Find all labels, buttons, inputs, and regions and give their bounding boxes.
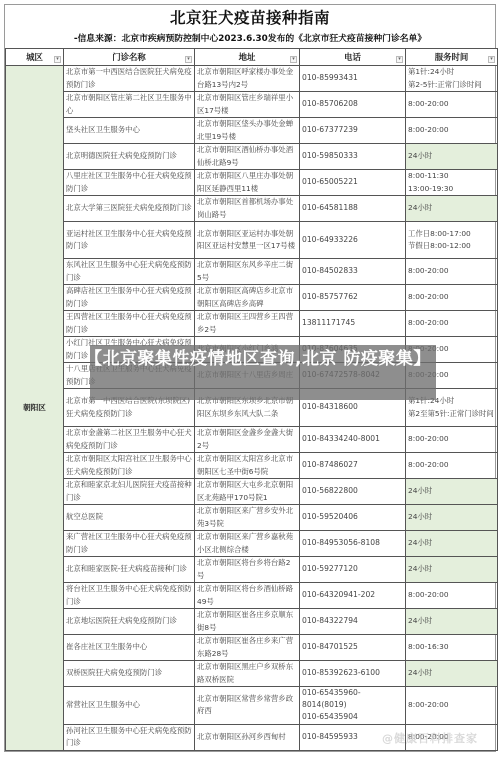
hours-cell: 8:00-20:00 [406, 687, 498, 725]
hours-cell: 24小时 [406, 505, 498, 531]
phone-cell: 010-64581188 [300, 196, 406, 222]
table-row: 北京地坛医院狂犬病免疫预防门诊北京市朝阳区崔各庄乡京顺东街8号010-84322… [6, 609, 498, 635]
clinic-name-cell: 王四营社区卫生服务中心狂犬病免疫预防门诊 [64, 311, 195, 337]
address-cell: 北京市朝阳区太阳宫乡北京市朝阳区七圣中街6号院 [195, 453, 300, 479]
table-row: 北京和睦家京北妇儿医院狂犬疫苗接种门诊北京市朝阳区大屯乡北京朝阳区北苑路甲170… [6, 479, 498, 505]
phone-cell: 010-67377239 [300, 118, 406, 144]
table-row: 来广营社区卫生服务中心狂犬病免疫预防门诊北京市朝阳区来广营乡嘉秋苑小区北侧综合楼… [6, 531, 498, 557]
table-row: 北京市金盏第二社区卫生服务中心狂犬病免疫预防门诊北京市朝阳区金盏乡金盏大街2号0… [6, 427, 498, 453]
hours-cell: 8:00-20:00 [406, 118, 498, 144]
table-header-row: 城区▾ 门诊名称▾ 地址▾ 电话▾ 服务时间▾ [6, 49, 498, 66]
address-cell: 北京市朝阳区东风乡辛庄二街5号 [195, 259, 300, 285]
phone-cell: 010-84334240-8001 [300, 427, 406, 453]
phone-cell: 010-64320941-202 [300, 583, 406, 609]
watermark: @健康百科排查家 [382, 730, 478, 746]
address-cell: 北京市朝阳区孙河乡西甸村 [195, 724, 300, 750]
phone-cell: 010-65005221 [300, 170, 406, 196]
hours-cell: 24小时 [406, 661, 498, 687]
source-subtitle: -信息来源：北京市疾病预防控制中心2023.6.30发布的《北京市狂犬疫苗接种门… [5, 31, 495, 48]
hours-cell: 8:00-20:00 [406, 92, 498, 118]
clinic-name-cell: 北京市第一中西医结合医院狂犬病免疫预防门诊 [64, 66, 195, 92]
phone-cell: 010-85993431 [300, 66, 406, 92]
table-row: 航空总医院北京市朝阳区来广营乡安外北苑3号院010-5952040624小时 [6, 505, 498, 531]
clinic-name-cell: 双桥医院狂犬病免疫预防门诊 [64, 661, 195, 687]
address-cell: 北京市朝阳区崔各庄乡京顺东街8号 [195, 609, 300, 635]
address-cell: 北京市朝阳区将台乡将台路2号 [195, 557, 300, 583]
filter-dropdown-icon[interactable]: ▾ [185, 56, 192, 63]
address-cell: 北京市朝阳区来广营乡安外北苑3号院 [195, 505, 300, 531]
table-row: 北京市朝阳区太阳宫社区卫生服务中心狂犬病免疫预防门诊北京市朝阳区太阳宫乡北京市朝… [6, 453, 498, 479]
address-cell: 北京市朝阳区将台乡酒仙桥路49号 [195, 583, 300, 609]
address-cell: 北京市朝阳区黑庄户乡双桥东路双桥医院 [195, 661, 300, 687]
clinic-name-cell: 北京地坛医院狂犬病免疫预防门诊 [64, 609, 195, 635]
table-row: 东风社区卫生服务中心狂犬病免疫预防门诊北京市朝阳区东风乡辛庄二街5号010-84… [6, 259, 498, 285]
clinic-name-cell: 北京和睦家京北妇儿医院狂犬疫苗接种门诊 [64, 479, 195, 505]
filter-dropdown-icon[interactable]: ▾ [290, 56, 297, 63]
clinic-name-cell: 北京大学第三医院狂犬病免疫预防门诊 [64, 196, 195, 222]
phone-cell: 010-85392623-6100 [300, 661, 406, 687]
address-cell: 北京市朝阳区大屯乡北京朝阳区北苑路甲170号院1 [195, 479, 300, 505]
clinic-name-cell: 八里庄社区卫生服务中心狂犬病免疫预防门诊 [64, 170, 195, 196]
clinic-name-cell: 北京和睦家医院-狂犬病疫苗接种门诊 [64, 557, 195, 583]
table-row: 垡头社区卫生服务中心北京市朝阳区垡头办事处金蝉北里19号楼010-6737723… [6, 118, 498, 144]
phone-cell: 010-87486027 [300, 453, 406, 479]
address-cell: 北京市朝阳区垡头办事处金蝉北里19号楼 [195, 118, 300, 144]
clinic-name-cell: 将台社区卫生服务中心狂犬病免疫预防门诊 [64, 583, 195, 609]
clinic-name-cell: 北京市朝阳区管庄第二社区卫生服务中心 [64, 92, 195, 118]
phone-cell: 010-64933226 [300, 222, 406, 259]
address-cell: 北京市朝阳区亚运村办事处朝阳区亚运村安慧里一区17号楼 [195, 222, 300, 259]
filter-dropdown-icon[interactable]: ▾ [396, 56, 403, 63]
phone-cell: 010-59277120 [300, 557, 406, 583]
clinic-name-cell: 亚运村社区卫生服务中心狂犬病免疫预防门诊 [64, 222, 195, 259]
phone-cell: 010-85757762 [300, 285, 406, 311]
hours-cell: 24小时 [406, 196, 498, 222]
table-row: 常营社区卫生服务中心北京市朝阳区常营乡常营乡政府西010-65435960-80… [6, 687, 498, 725]
header-address: 地址▾ [195, 49, 300, 66]
district-cell: 朝阳区 [6, 66, 64, 751]
clinic-name-cell: 北京明德医院狂犬病免疫预防门诊 [64, 144, 195, 170]
address-cell: 北京市朝阳区王四营乡王四营乡2号 [195, 311, 300, 337]
phone-cell: 010-84322794 [300, 609, 406, 635]
filter-dropdown-icon[interactable]: ▾ [488, 56, 495, 63]
address-cell: 北京市朝阳区管庄乡瑞祥里小区17号楼 [195, 92, 300, 118]
hours-cell: 8:00-20:00 [406, 285, 498, 311]
clinic-name-cell: 东风社区卫生服务中心狂犬病免疫预防门诊 [64, 259, 195, 285]
phone-cell: 010-84953056-8108 [300, 531, 406, 557]
hours-cell: 8:00-20:00 [406, 311, 498, 337]
phone-cell: 010-65435960-8014(8019) 010-65435904 [300, 687, 406, 725]
hours-cell: 工作日8:00-17:00 节假日8:00-12:00 [406, 222, 498, 259]
clinic-name-cell: 垡头社区卫生服务中心 [64, 118, 195, 144]
hours-cell: 8:00-20:00 [406, 259, 498, 285]
clinic-name-cell: 北京市金盏第二社区卫生服务中心狂犬病免疫预防门诊 [64, 427, 195, 453]
table-row: 八里庄社区卫生服务中心狂犬病免疫预防门诊北京市朝阳区八里庄办事处朝阳区延静西里1… [6, 170, 498, 196]
address-cell: 北京市朝阳区金盏乡金盏大街2号 [195, 427, 300, 453]
caption-overlay-text: 【北京聚集性疫情地区查询,北京 防疫聚集】 [78, 347, 438, 371]
table-row: 高碑店社区卫生服务中心狂犬病免疫预防门诊北京市朝阳区高碑店乡北京市朝阳区高碑店乡… [6, 285, 498, 311]
clinic-name-cell: 北京市朝阳区太阳宫社区卫生服务中心狂犬病免疫预防门诊 [64, 453, 195, 479]
hours-cell: 8:00-20:00 [406, 453, 498, 479]
clinic-name-cell: 常营社区卫生服务中心 [64, 687, 195, 725]
address-cell: 北京市朝阳区八里庄办事处朝阳区延静西里11楼 [195, 170, 300, 196]
table-row: 崔各庄社区卫生服务中心北京市朝阳区崔各庄乡来广营东路28号010-8470152… [6, 635, 498, 661]
table-row: 朝阳区北京市第一中西医结合医院狂犬病免疫预防门诊北京市朝阳区呼家楼办事处金台路1… [6, 66, 498, 92]
address-cell: 北京市朝阳区常营乡常营乡政府西 [195, 687, 300, 725]
header-district: 城区▾ [6, 49, 64, 66]
table-row: 王四营社区卫生服务中心狂犬病免疫预防门诊北京市朝阳区王四营乡王四营乡2号1381… [6, 311, 498, 337]
address-cell: 北京市朝阳区呼家楼办事处金台路13号内2号 [195, 66, 300, 92]
phone-cell: 010-56822800 [300, 479, 406, 505]
clinic-name-cell: 航空总医院 [64, 505, 195, 531]
phone-cell: 010-84701525 [300, 635, 406, 661]
table-row: 亚运村社区卫生服务中心狂犬病免疫预防门诊北京市朝阳区亚运村办事处朝阳区亚运村安慧… [6, 222, 498, 259]
address-cell: 北京市朝阳区崔各庄乡来广营东路28号 [195, 635, 300, 661]
hours-cell: 8:00-20:00 [406, 583, 498, 609]
table-row: 双桥医院狂犬病免疫预防门诊北京市朝阳区黑庄户乡双桥东路双桥医院010-85392… [6, 661, 498, 687]
hours-cell: 24小时 [406, 531, 498, 557]
header-phone: 电话▾ [300, 49, 406, 66]
clinic-name-cell: 孙河社区卫生服务中心狂犬病免疫预防门诊 [64, 724, 195, 750]
hours-cell: 24小时 [406, 557, 498, 583]
phone-cell: 010-85706208 [300, 92, 406, 118]
table-row: 北京和睦家医院-狂犬病疫苗接种门诊北京市朝阳区将台乡将台路2号010-59277… [6, 557, 498, 583]
filter-dropdown-icon[interactable]: ▾ [54, 56, 61, 63]
table-row: 北京大学第三医院狂犬病免疫预防门诊北京市朝阳区首都机场办事处岗山路号010-64… [6, 196, 498, 222]
phone-cell: 010-84502833 [300, 259, 406, 285]
phone-cell: 13811171745 [300, 311, 406, 337]
phone-cell: 010-59520406 [300, 505, 406, 531]
hours-cell: 8:00-20:00 [406, 427, 498, 453]
phone-cell: 010-59850333 [300, 144, 406, 170]
address-cell: 北京市朝阳区来广营乡嘉秋苑小区北侧综合楼 [195, 531, 300, 557]
table-row: 北京市朝阳区管庄第二社区卫生服务中心北京市朝阳区管庄乡瑞祥里小区17号楼010-… [6, 92, 498, 118]
header-hours: 服务时间▾ [406, 49, 498, 66]
hours-cell: 8:00-16:30 [406, 635, 498, 661]
hours-cell: 24小时 [406, 609, 498, 635]
hours-cell: 8:00-11:30 13:00-19:30 [406, 170, 498, 196]
header-clinic-name: 门诊名称▾ [64, 49, 195, 66]
table-row: 北京明德医院狂犬病免疫预防门诊北京市朝阳区酒仙桥办事处酒仙桥北路9号010-59… [6, 144, 498, 170]
clinic-name-cell: 高碑店社区卫生服务中心狂犬病免疫预防门诊 [64, 285, 195, 311]
clinic-name-cell: 崔各庄社区卫生服务中心 [64, 635, 195, 661]
hours-cell: 第1针:24小时 第2-5针:正常门诊时间 [406, 66, 498, 92]
address-cell: 北京市朝阳区高碑店乡北京市朝阳区高碑店乡高碑 [195, 285, 300, 311]
page-title: 北京狂犬疫苗接种指南 [5, 5, 495, 31]
table-row: 将台社区卫生服务中心狂犬病免疫预防门诊北京市朝阳区将台乡酒仙桥路49号010-6… [6, 583, 498, 609]
hours-cell: 24小时 [406, 144, 498, 170]
clinic-name-cell: 来广营社区卫生服务中心狂犬病免疫预防门诊 [64, 531, 195, 557]
address-cell: 北京市朝阳区酒仙桥办事处酒仙桥北路9号 [195, 144, 300, 170]
address-cell: 北京市朝阳区首都机场办事处岗山路号 [195, 196, 300, 222]
hours-cell: 24小时 [406, 479, 498, 505]
